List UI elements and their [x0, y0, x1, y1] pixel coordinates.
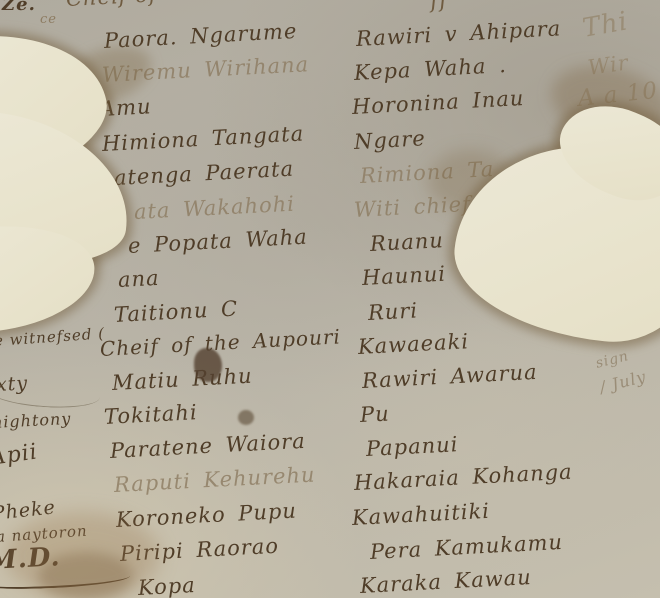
pencil-line-on-backing [0, 376, 101, 411]
edge-fragment-small: ce [40, 12, 57, 27]
ink-blot [238, 410, 254, 425]
edge-fragment-top-line: Cheif of [65, 0, 158, 11]
edge-fragment-sign: sign [594, 348, 631, 372]
edge-fragment-apii: Apii [0, 439, 39, 470]
edge-fragment-top-line: ff [429, 0, 449, 14]
edge-fragment-july: / July [598, 367, 649, 397]
edge-fragment-thi: Thi [580, 6, 630, 43]
paper-stain [38, 552, 133, 598]
signature-column-left: Paora. Ngarume Wiremu Wirihana Amu Himio… [88, 24, 341, 598]
edge-fragment-nightony: nightony [0, 409, 72, 432]
ink-blot [194, 348, 222, 382]
manuscript-page: Paora. Ngarume Wiremu Wirihana Amu Himio… [0, 0, 660, 598]
edge-fragment-corner: Ze. [2, 0, 36, 15]
